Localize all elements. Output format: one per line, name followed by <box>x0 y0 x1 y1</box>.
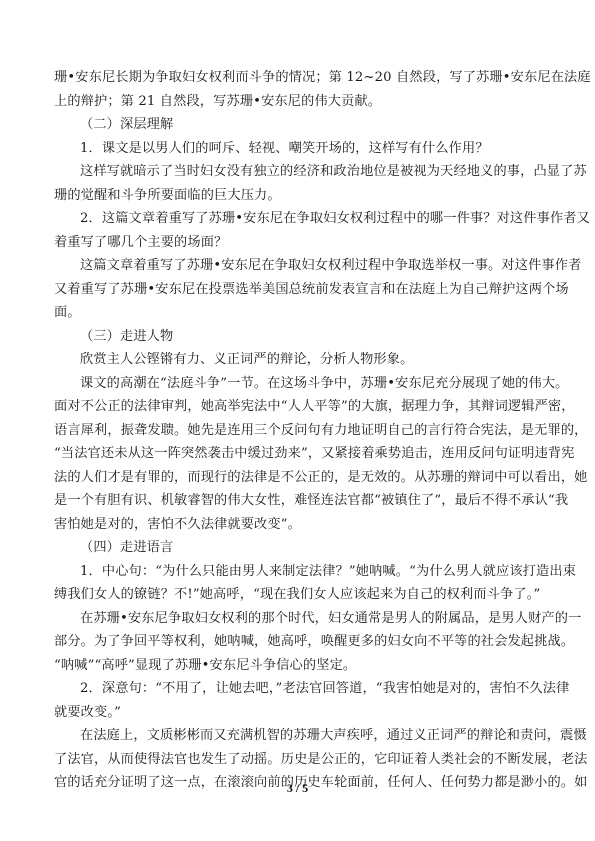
question-text: 着重写了哪几个主要的场面？ <box>54 231 534 255</box>
section-heading: （四）走进语言 <box>54 536 534 560</box>
page-number: 3 / 5 <box>0 781 595 796</box>
paragraph-text: 部分。为了争回平等权利，她呐喊，她高呼，唤醒更多的妇女向不平等的社会发起挑战。 <box>54 630 534 654</box>
paragraph-text: “呐喊”“高呼”显现了苏珊•安东尼斗争信心的坚定。 <box>54 654 534 678</box>
text-line: 珊•安东尼长期为争取妇女权利而斗争的情况；第 12~20 自然段，写了苏珊•安东… <box>54 66 534 90</box>
paragraph-text: “当法官还未从这一阵突然袭击中缓过劲来”，又紧接着乘势追击，连用反问句证明违背宪 <box>54 442 534 466</box>
answer-text: 面。 <box>54 301 534 325</box>
paragraph-text: 欣赏主人公铿锵有力、义正词严的辩论，分析人物形象。 <box>54 348 534 372</box>
paragraph-text: 2．深意句：“不用了，让她去吧，”老法官回答道，“我害怕她是对的，害怕不久法律 <box>54 677 534 701</box>
answer-text: 又着重写了苏珊•安东尼在投票选举美国总统前发表宣言和在法庭上为自己辩护这两个场 <box>54 278 534 302</box>
text-line: 上的辩护；第 21 自然段，写苏珊•安东尼的伟大贡献。 <box>54 90 534 114</box>
paragraph-text: 在苏珊•安东尼争取妇女权利的那个时代，妇女通常是男人的附属品，是男人财产的一 <box>54 607 534 631</box>
answer-text: 这样写就暗示了当时妇女没有独立的经济和政治地位是被视为天经地义的事，凸显了苏 <box>54 160 534 184</box>
paragraph-text: 1．中心句：“为什么只能由男人来制定法律？”她呐喊。“为什么男人就应该打造出束 <box>54 560 534 584</box>
question-text: 2．这篇文章着重写了苏珊•安东尼在争取妇女权利过程中的哪一件事？对这件事作者又 <box>54 207 534 231</box>
paragraph-text: 面对不公正的法律审判，她高举宪法中“人人平等”的大旗，据理力争，其辩词逻辑严密， <box>54 395 534 419</box>
answer-text: 珊的觉醒和斗争所要面临的巨大压力。 <box>54 184 534 208</box>
paragraph-text: 语言犀利，振聋发聩。她先是连用三个反问句有力地证明自己的言行符合宪法，是无罪的， <box>54 419 534 443</box>
paragraph-text: 课文的高潮在“法庭斗争”一节。在这场斗争中，苏珊•安东尼充分展现了她的伟大。 <box>54 372 534 396</box>
paragraph-text: 害怕她是对的，害怕不久法律就要改变”。 <box>54 513 534 537</box>
document-body: 珊•安东尼长期为争取妇女权利而斗争的情况；第 12~20 自然段，写了苏珊•安东… <box>54 66 534 795</box>
paragraph-text: 缚我们女人的镣链？不!”她高呼，“现在我们女人应该起来为自己的权利而斗争了。” <box>54 583 534 607</box>
section-heading: （二）深层理解 <box>54 113 534 137</box>
answer-text: 这篇文章着重写了苏珊•安东尼在争取妇女权利过程中争取选举权一事。对这件事作者 <box>54 254 534 278</box>
paragraph-text: 法的人们才是有罪的，而现行的法律是不公正的，是无效的。从苏珊的辩词中可以看出，她 <box>54 466 534 490</box>
section-heading: （三）走进人物 <box>54 325 534 349</box>
question-text: 1．课文是以男人们的呵斥、轻视、嘲笑开场的，这样写有什么作用？ <box>54 137 534 161</box>
paragraph-text: 就要改变。” <box>54 701 534 725</box>
paragraph-text: 是一个有胆有识、机敏睿智的伟大女性，难怪连法官都“被镇住了”，最后不得不承认“我 <box>54 489 534 513</box>
paragraph-text: 了法官，从而使得法官也发生了动摇。历史是公正的，它印证着人类社会的不断发展，老法 <box>54 748 534 772</box>
paragraph-text: 在法庭上，文质彬彬而又充满机智的苏珊大声疾呼，通过义正词严的辩论和责问，震慑 <box>54 724 534 748</box>
